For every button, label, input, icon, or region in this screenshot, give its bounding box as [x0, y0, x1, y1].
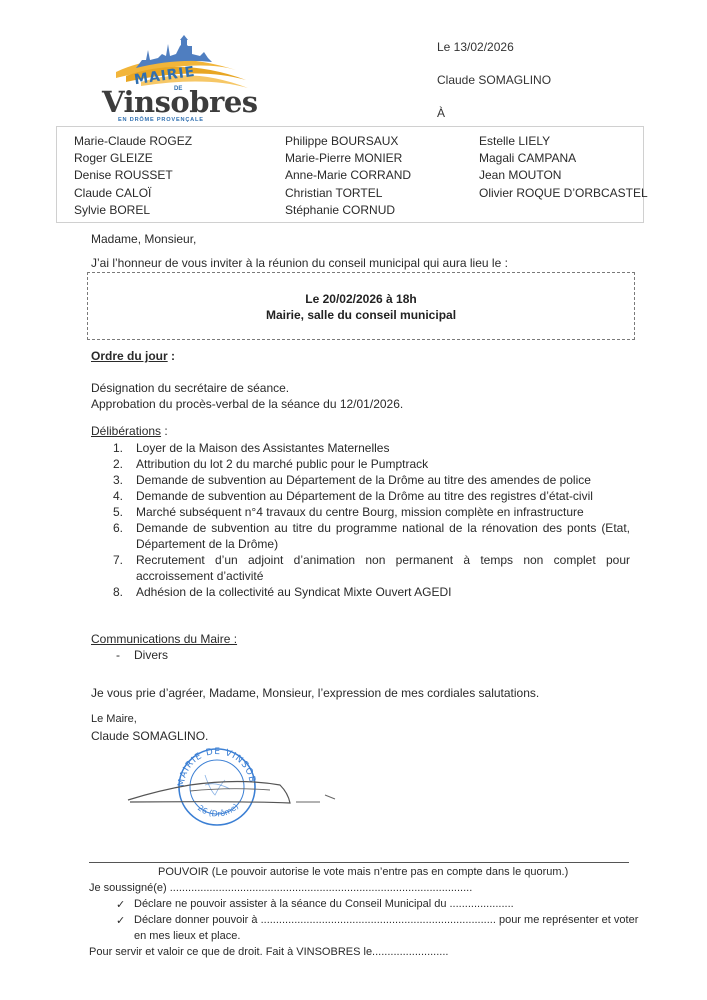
- agenda-item: Approbation du procès-verbal de la séanc…: [91, 397, 403, 411]
- recipient-name: Sylvie BOREL: [74, 202, 192, 219]
- recipient-name: Stéphanie CORNUD: [285, 202, 411, 219]
- deliberations-heading-colon: :: [161, 424, 168, 438]
- logo-town-name: Vinsobres: [102, 85, 258, 119]
- communication-bullet: -: [116, 648, 120, 662]
- letter-date: Le 13/02/2026: [437, 40, 514, 54]
- proxy-option-delegate[interactable]: ✓ Déclare donner pouvoir à .............…: [116, 914, 638, 926]
- signature-name: Claude SOMAGLINO.: [91, 729, 208, 743]
- proxy-separator: [89, 862, 629, 863]
- town-hall-logo: MAIRIE DE Vinsobres EN DRÔME PROVENÇALE: [96, 30, 256, 125]
- salutation: Madame, Monsieur,: [91, 232, 196, 246]
- proxy-title: POUVOIR (Le pouvoir autorise le vote mai…: [158, 866, 568, 878]
- proxy-undersigned-field[interactable]: Je soussigné(e) ........................…: [89, 882, 472, 894]
- item-number: 2.: [113, 456, 123, 472]
- item-number: 3.: [113, 472, 123, 488]
- recipient-name: Olivier ROQUE D’ORBCASTEL: [479, 185, 648, 202]
- agenda-heading-text: Ordre du jour: [91, 349, 168, 363]
- closing-formula: Je vous prie d’agréer, Madame, Monsieur,…: [91, 686, 539, 700]
- deliberation-item: 7.Recrutement d’un adjoint d’animation n…: [113, 552, 630, 584]
- recipients-column-1: Marie-Claude ROGEZ Roger GLEIZE Denise R…: [74, 133, 192, 219]
- item-text: Recrutement d’un adjoint d’animation non…: [136, 553, 630, 583]
- official-stamp-icon: MAIRIE DE VINSOBRES 26 (Drôme): [120, 745, 350, 830]
- proxy-option-delegate-continued: en mes lieux et place.: [134, 930, 240, 942]
- item-text: Adhésion de la collectivité au Syndicat …: [136, 585, 452, 599]
- meeting-location: Mairie, salle du conseil municipal: [88, 308, 634, 322]
- item-number: 1.: [113, 440, 123, 456]
- deliberation-item: 4.Demande de subvention au Département d…: [113, 488, 630, 504]
- item-number: 7.: [113, 552, 123, 568]
- recipient-prefix: À: [437, 106, 445, 120]
- proxy-option-absence-text: Déclare ne pouvoir assister à la séance …: [134, 898, 514, 910]
- recipient-name: Marie-Claude ROGEZ: [74, 133, 192, 150]
- item-number: 8.: [113, 584, 123, 600]
- recipient-name: Anne-Marie CORRAND: [285, 167, 411, 184]
- communications-heading: Communications du Maire :: [91, 632, 237, 646]
- recipient-name: Magali CAMPANA: [479, 150, 648, 167]
- item-number: 5.: [113, 504, 123, 520]
- recipient-name: Marie-Pierre MONIER: [285, 150, 411, 167]
- recipient-name: Claude CALOÏ: [74, 185, 192, 202]
- proxy-option-absence[interactable]: ✓ Déclare ne pouvoir assister à la séanc…: [116, 898, 514, 910]
- checkmark-icon: ✓: [116, 898, 125, 911]
- recipient-name: Estelle LIELY: [479, 133, 648, 150]
- item-text: Loyer de la Maison des Assistantes Mater…: [136, 441, 389, 455]
- item-text: Attribution du lot 2 du marché public po…: [136, 457, 428, 471]
- agenda-heading-colon: :: [168, 349, 175, 363]
- recipient-name: Philippe BOURSAUX: [285, 133, 411, 150]
- recipient-name: Denise ROUSSET: [74, 167, 192, 184]
- item-number: 4.: [113, 488, 123, 504]
- meeting-details-box: Le 20/02/2026 à 18h Mairie, salle du con…: [87, 272, 635, 340]
- proxy-footer[interactable]: Pour servir et valoir ce que de droit. F…: [89, 946, 448, 958]
- deliberation-item: 1.Loyer de la Maison des Assistantes Mat…: [113, 440, 630, 456]
- agenda-heading: Ordre du jour :: [91, 349, 175, 363]
- deliberation-item: 5.Marché subséquent n°4 travaux du centr…: [113, 504, 630, 520]
- item-text: Marché subséquent n°4 travaux du centre …: [136, 505, 584, 519]
- agenda-item: Désignation du secrétaire de séance.: [91, 381, 289, 395]
- intro-paragraph: J’ai l’honneur de vous inviter à la réun…: [91, 256, 508, 270]
- deliberations-heading-text: Délibérations: [91, 424, 161, 438]
- deliberations-list: 1.Loyer de la Maison des Assistantes Mat…: [113, 440, 630, 600]
- recipient-name: Jean MOUTON: [479, 167, 648, 184]
- official-stamp-and-signature: MAIRIE DE VINSOBRES 26 (Drôme): [120, 745, 350, 830]
- sender-name: Claude SOMAGLINO: [437, 73, 551, 87]
- checkmark-icon: ✓: [116, 914, 125, 927]
- deliberation-item: 6.Demande de subvention au titre du prog…: [113, 520, 630, 552]
- deliberation-item: 8.Adhésion de la collectivité au Syndica…: [113, 584, 630, 600]
- item-text: Demande de subvention au Département de …: [136, 489, 593, 503]
- item-text: Demande de subvention au titre du progra…: [136, 521, 630, 551]
- recipients-box: Marie-Claude ROGEZ Roger GLEIZE Denise R…: [56, 126, 644, 223]
- signature-title: Le Maire,: [91, 713, 137, 725]
- deliberation-item: 2.Attribution du lot 2 du marché public …: [113, 456, 630, 472]
- recipient-name: Roger GLEIZE: [74, 150, 192, 167]
- deliberation-item: 3.Demande de subvention au Département d…: [113, 472, 630, 488]
- recipient-name: Christian TORTEL: [285, 185, 411, 202]
- recipients-column-2: Philippe BOURSAUX Marie-Pierre MONIER An…: [285, 133, 411, 219]
- item-text: Demande de subvention au Département de …: [136, 473, 591, 487]
- recipients-column-3: Estelle LIELY Magali CAMPANA Jean MOUTON…: [479, 133, 648, 202]
- deliberations-heading: Délibérations :: [91, 424, 168, 438]
- meeting-datetime: Le 20/02/2026 à 18h: [88, 292, 634, 306]
- item-number: 6.: [113, 520, 123, 536]
- communication-item: Divers: [134, 648, 168, 662]
- svg-text:26 (Drôme): 26 (Drôme): [196, 802, 240, 819]
- proxy-option-delegate-text: Déclare donner pouvoir à ...............…: [134, 914, 638, 926]
- logo-tagline: EN DRÔME PROVENÇALE: [118, 117, 204, 123]
